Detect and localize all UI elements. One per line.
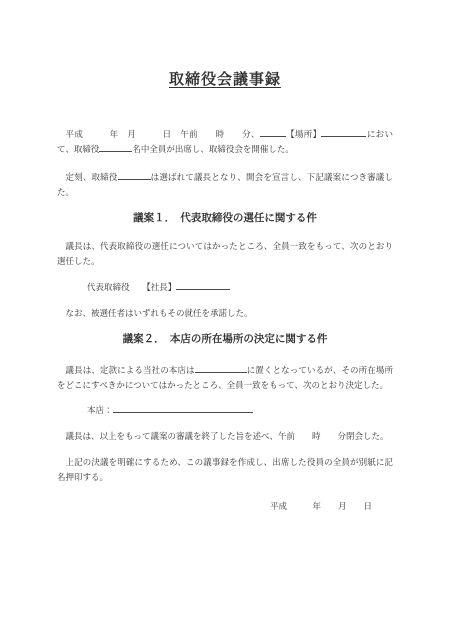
agenda1-heading: 議案１． 代表取締役の選任に関する件 — [57, 211, 393, 226]
document-title: 取締役会議事録 — [57, 70, 393, 90]
venue-blank — [321, 136, 366, 137]
chair-prefix-text: 定刻、取締役 — [66, 172, 118, 182]
chairperson-paragraph: 定刻、取締役は選ばれて議長となり、開会を宣言し、下記議案につき審議した。 — [57, 170, 393, 200]
current-office-blank — [195, 372, 247, 373]
appointee-line: 代表取締役 【社長】 — [57, 280, 393, 295]
signature-date-line: 平成 年 月 日 — [57, 499, 393, 514]
attestation-paragraph: 上記の決議を明確にするため、この議事録を作成し、出席した役員の全員が別紙に記名押… — [57, 455, 393, 485]
appointee-text: 代表取締役 【社長】 — [87, 282, 176, 292]
appointee-name-blank — [176, 289, 230, 290]
opening-datetime-text: 平成 年 月 日 午前 時 分、 — [66, 129, 260, 139]
opening-paragraph: 平成 年 月 日 午前 時 分、【場所】において、取締役名中全員が出席し、取締役… — [57, 127, 393, 157]
venue-prefix-blank — [260, 136, 286, 137]
directors-suffix-text: 名中全員が出席し、取締役会を開催した。 — [132, 144, 294, 154]
agenda2-heading: 議案２． 本店の所在場所の決定に関する件 — [57, 332, 393, 347]
acceptance-paragraph: なお、被選任者はいずれもその就任を承諾した。 — [57, 306, 393, 321]
office-address-blank — [113, 412, 253, 413]
agenda1-resolution-paragraph: 議長は、代表取締役の選任についてはかったところ、全員一致をもって、次のとおり選任… — [57, 239, 393, 269]
office-resolution-prefix-text: 議長は、定款による当社の本店は — [66, 365, 195, 375]
office-line: 本店： — [57, 403, 393, 418]
adjournment-paragraph: 議長は、以上をもって議案の審議を終了した旨を述べ、午前 時 分閉会した。 — [57, 429, 393, 444]
agenda2-resolution-paragraph: 議長は、定款による当社の本店はに置くとなっているが、その所在場所をどこにすべきか… — [57, 363, 393, 393]
directors-prefix-text: 取締役 — [74, 144, 100, 154]
directors-count-blank — [99, 151, 132, 152]
document-page: 取締役会議事録 平成 年 月 日 午前 時 分、【場所】において、取締役名中全員… — [0, 0, 450, 636]
office-label-text: 本店： — [87, 405, 113, 415]
place-label: 【場所】 — [286, 129, 322, 139]
chair-name-blank — [118, 179, 151, 180]
